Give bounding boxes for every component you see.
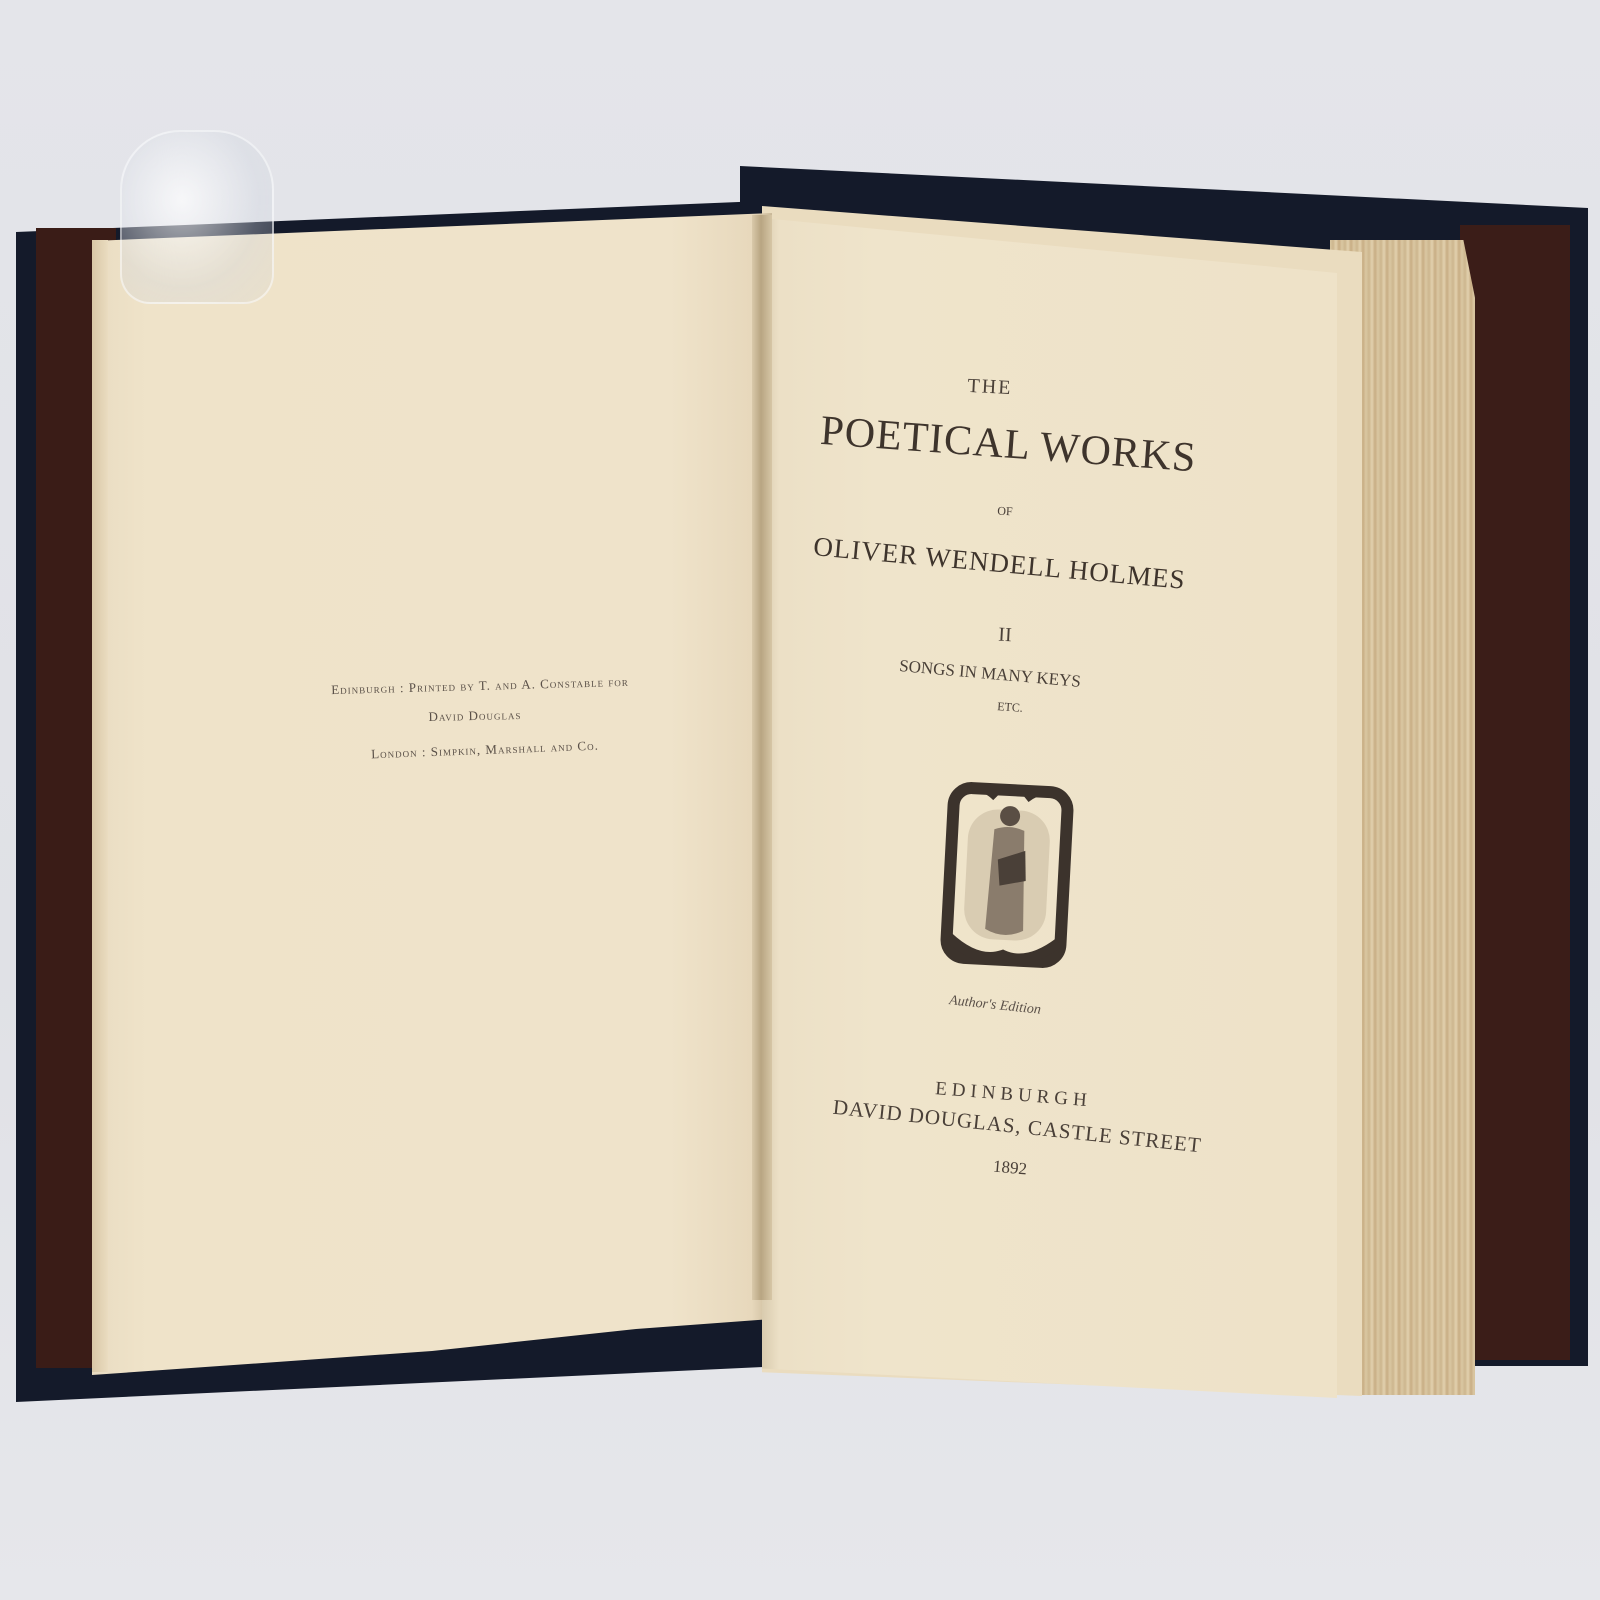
book-gutter bbox=[752, 215, 772, 1300]
woodcut-emblem-icon bbox=[937, 777, 1077, 974]
title-of: OF bbox=[985, 503, 1026, 520]
cover-lining-right bbox=[1460, 225, 1570, 1360]
page-clip-icon bbox=[120, 130, 274, 304]
subtitle-etc: ETC. bbox=[990, 699, 1031, 717]
left-page bbox=[92, 213, 772, 1375]
left-page-edge bbox=[92, 240, 108, 1372]
volume-number: II bbox=[989, 623, 1020, 648]
title-the: THE bbox=[949, 374, 1030, 401]
